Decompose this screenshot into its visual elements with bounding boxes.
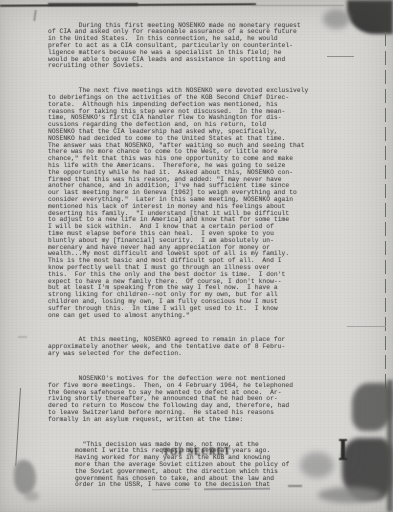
scan-artifact-crease-tail (24, 491, 39, 501)
scan-artifact-left-speck (18, 336, 27, 338)
scan-artifact-crease-blob (14, 460, 36, 494)
paragraph-defection-date: At this meeting, NOSENKO agreed to remai… (48, 337, 368, 357)
document-text: During this first meeting NOSENKO made n… (48, 9, 368, 503)
scan-artifact-crease-line (15, 388, 21, 466)
paragraph-first-meeting: During this first meeting NOSENKO made n… (48, 23, 368, 71)
scan-artifact-top-edge-faint (252, 5, 344, 6)
paragraph-next-meetings: The next five meetings with NOSENKO were… (48, 88, 368, 319)
scan-artifact-top-edge-line (0, 3, 256, 7)
paragraph-motives: NOSENKO's motives for the defection were… (48, 376, 368, 424)
document-page: During this first meeting NOSENKO made n… (0, 0, 393, 512)
scan-artifact-right-edge-streak (387, 380, 393, 512)
scan-artifact-top-edge-thick (48, 3, 138, 6)
scan-artifact-right-margin-line (385, 32, 386, 388)
scan-artifact-top-left-tick (33, 10, 37, 21)
top-secret-stamp: TOP SECRET (163, 445, 231, 458)
